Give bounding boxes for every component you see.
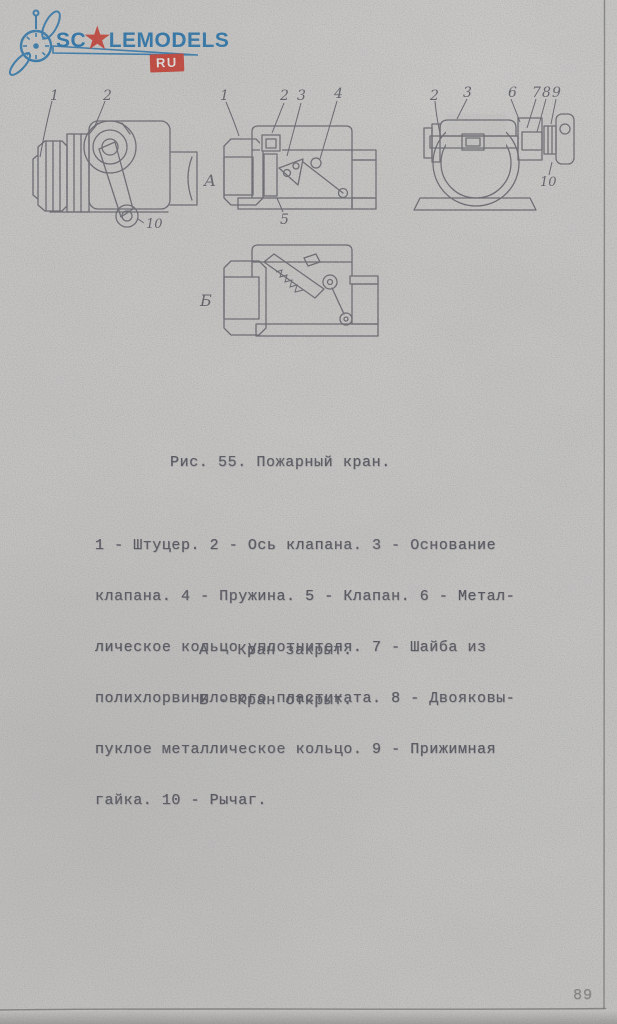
logo-ru-badge: RU	[150, 53, 184, 72]
callout-2: 2	[102, 88, 112, 104]
callout-3: 3	[463, 85, 472, 101]
view-label-b: Б	[199, 291, 212, 310]
callout-5: 5	[280, 212, 289, 228]
page-number: 89	[573, 987, 593, 1004]
callout-1: 1	[50, 88, 59, 104]
legend-line: клапана. 4 - Пружина. 5 - Клапан. 6 - Ме…	[95, 588, 515, 605]
view-label-a: А	[203, 171, 216, 190]
callout-9: 9	[552, 85, 561, 101]
callout-8: 8	[542, 85, 551, 101]
note-line-b: Б - Кран открыт.	[199, 693, 353, 710]
scanned-manual-page: 1 2 10	[0, 0, 617, 1024]
scalemodels-logo: SC★LEMODELS RU	[6, 4, 206, 82]
legend-line: гайка. 10 - Рычаг.	[95, 792, 515, 809]
callout-3: 3	[297, 88, 306, 104]
star-icon: ★	[84, 25, 111, 54]
callout-4: 4	[333, 86, 343, 102]
logo-text-prefix: SC	[56, 29, 86, 53]
note-line-a: А - Кран закрыт.	[199, 643, 353, 660]
callout-1: 1	[220, 88, 229, 104]
figure-caption: Рис. 55. Пожарный кран.	[170, 454, 391, 471]
callout-2: 2	[279, 88, 289, 104]
drawing-view-section-open: Б	[199, 245, 378, 336]
drawing-view-section-closed: 1 2 3 4 5 А	[203, 86, 376, 228]
page-border-right	[604, 0, 605, 1009]
callout-10: 10	[540, 175, 557, 190]
legend-line: пуклое металлическое кольцо. 9 - Прижимн…	[95, 741, 515, 758]
callout-7: 7	[532, 85, 541, 101]
drawing-view-side-section: 2 3 6 7 8 9 10	[414, 85, 574, 210]
callout-6: 6	[508, 85, 517, 101]
legend-line: 1 - Штуцер. 2 - Ось клапана. 3 - Основан…	[95, 537, 515, 554]
figure-notes: А - Кран закрыт. Б - Кран открыт.	[199, 610, 353, 742]
callout-2: 2	[429, 88, 439, 104]
logo-wordmark: SC★LEMODELS	[56, 26, 229, 55]
logo-text-suffix: LEMODELS	[109, 29, 230, 53]
drawing-view-exterior-closed: 1 2 10	[33, 88, 197, 232]
callout-10: 10	[146, 217, 163, 232]
page-border-bottom	[0, 1009, 606, 1011]
